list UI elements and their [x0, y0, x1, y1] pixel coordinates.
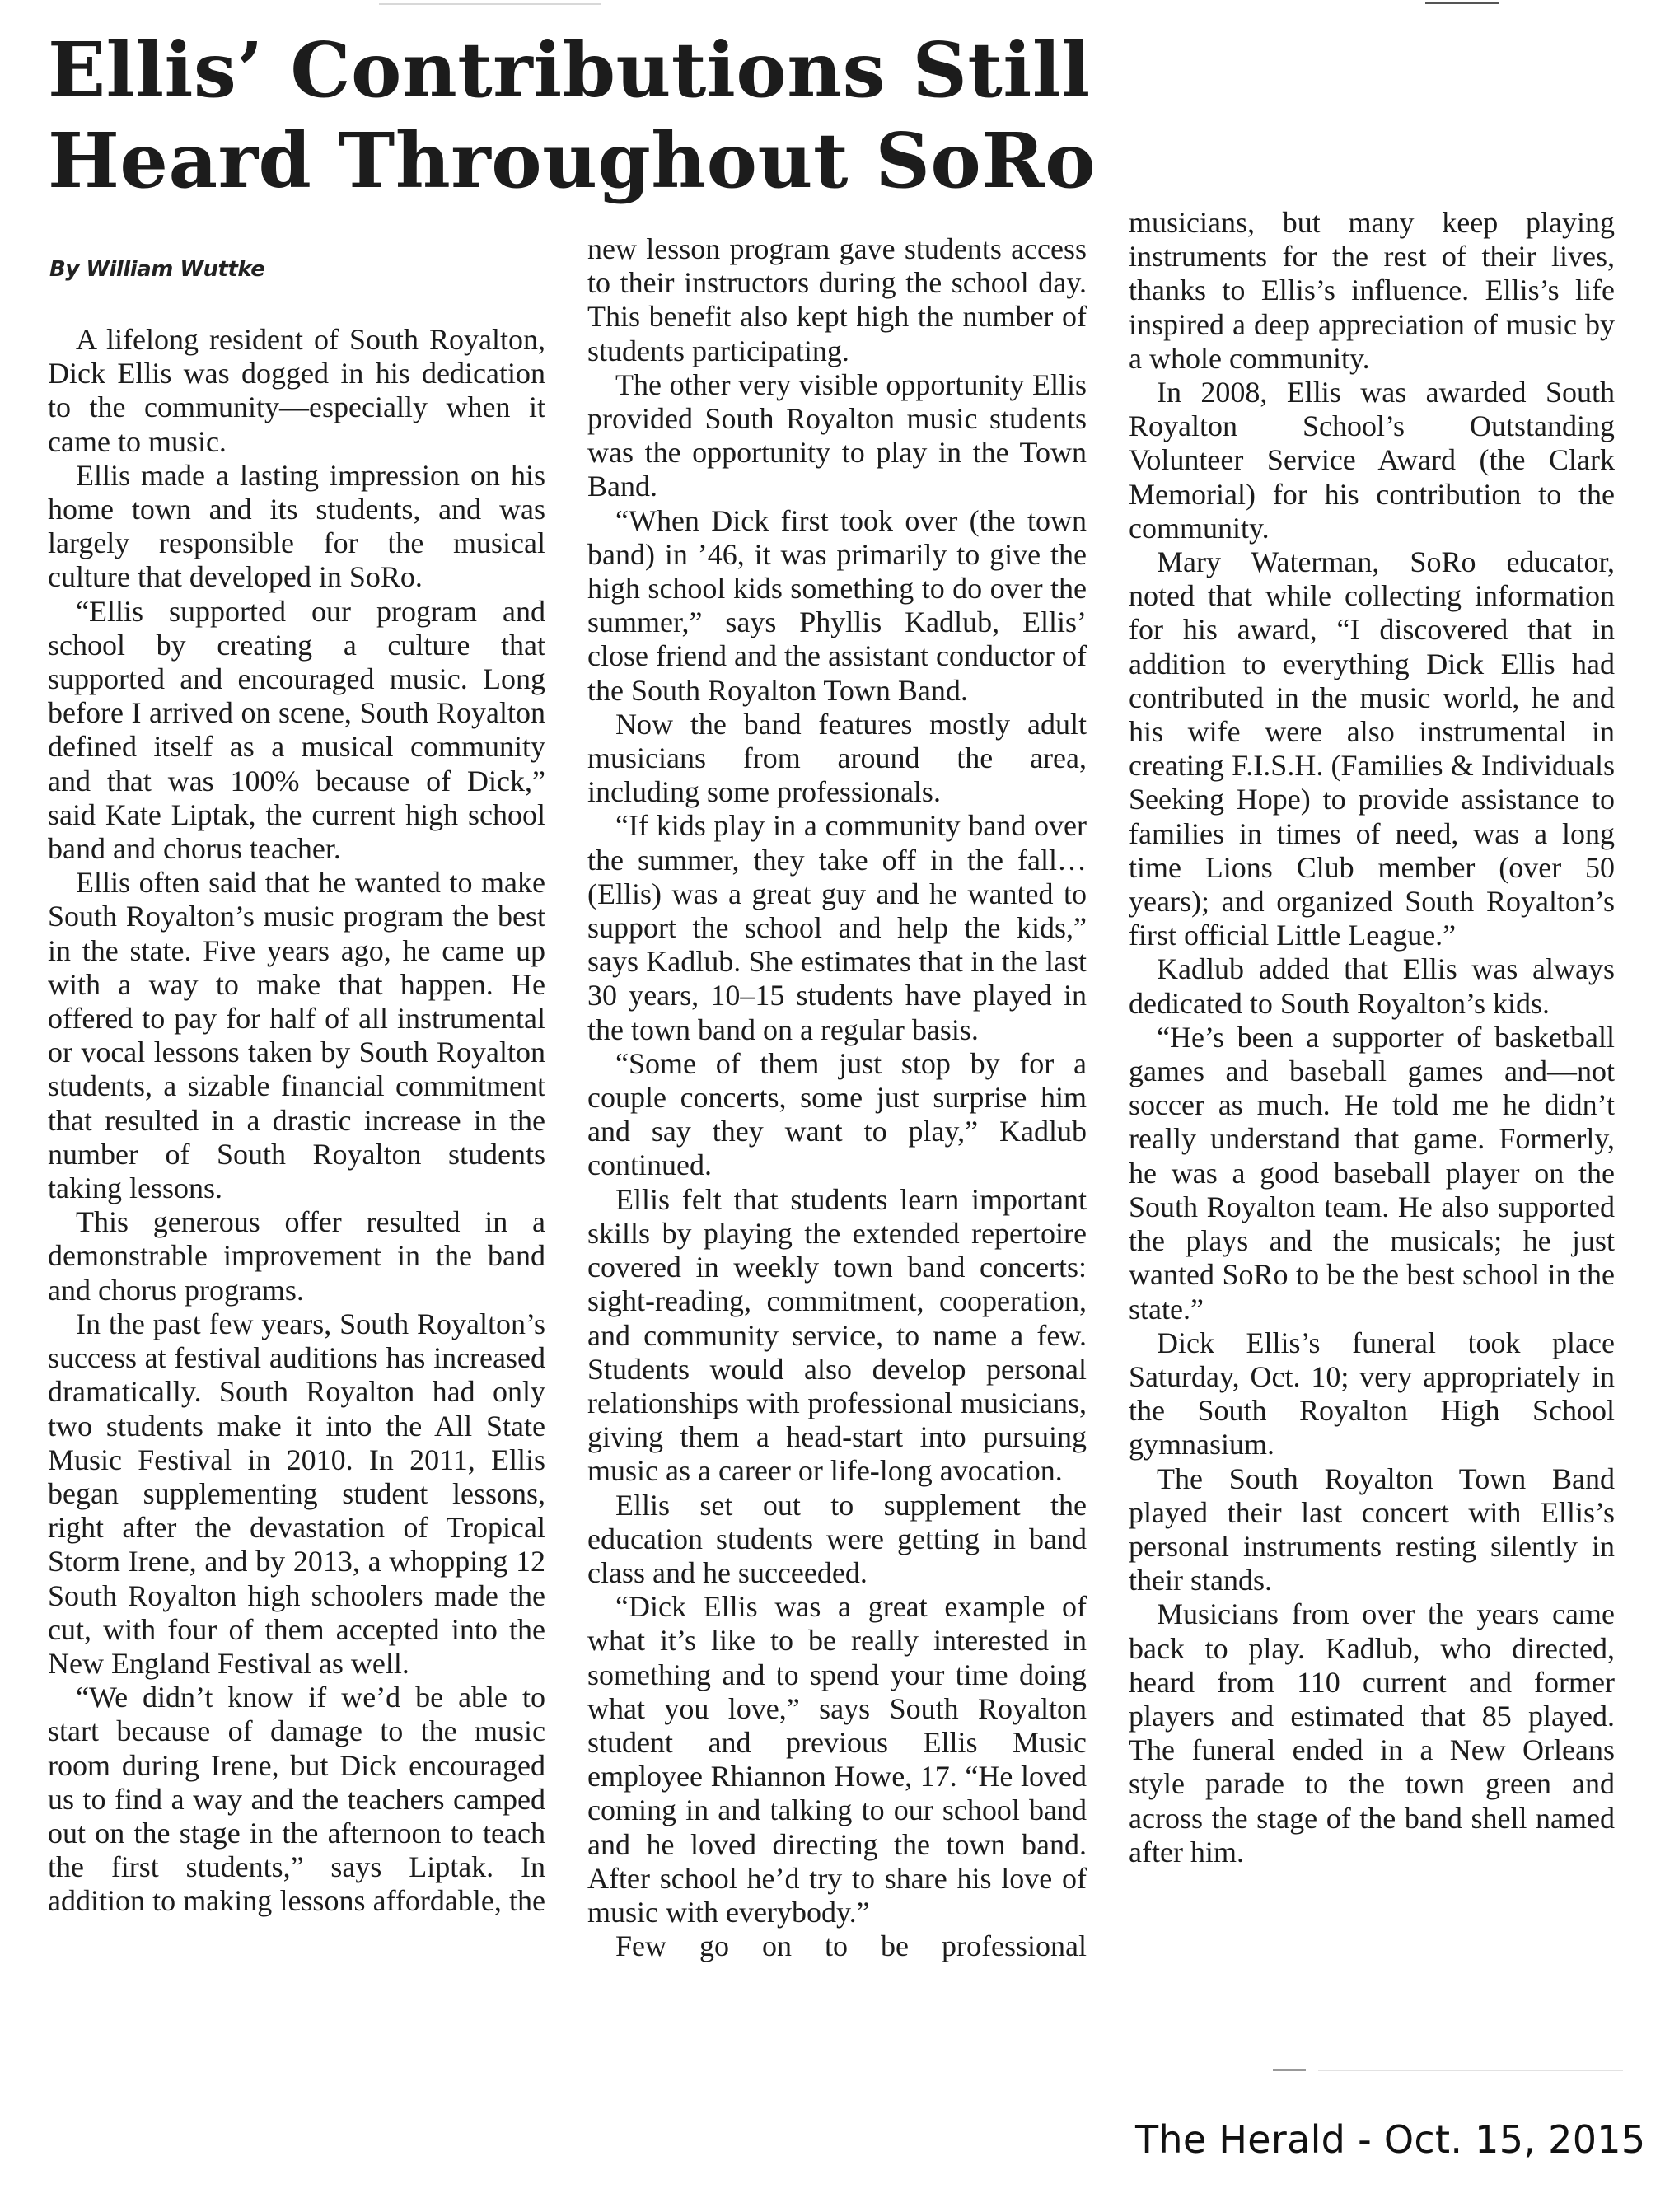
paragraph: “We didn’t know if we’d be able to start…	[48, 1681, 545, 1918]
paragraph: Kadlub added that Ellis was always dedic…	[1129, 952, 1615, 1020]
publication-credit: The Herald - Oct. 15, 2015	[1135, 2117, 1645, 2162]
article-column-1: A lifelong resident of South Royalton, D…	[48, 323, 545, 1919]
paragraph: A lifelong resident of South Royalton, D…	[48, 323, 545, 459]
end-of-article-rule-faint	[1318, 2070, 1623, 2071]
article-column-3: musicians, but many keep playing instrum…	[1129, 206, 1615, 1869]
paragraph: Few go on to be professional	[587, 1929, 1087, 1963]
paragraph: Ellis set out to supplement the educatio…	[587, 1489, 1087, 1591]
paragraph: Now the band features mostly adult music…	[587, 708, 1087, 810]
headline-line-1: Ellis’ Contributions Still	[48, 25, 1119, 115]
headline: Ellis’ Contributions Still Heard Through…	[48, 25, 1119, 206]
paragraph: In the past few years, South Royalton’s …	[48, 1307, 545, 1681]
paragraph: Ellis made a lasting impression on his h…	[48, 459, 545, 595]
paragraph: Mary Waterman, SoRo educator, noted that…	[1129, 545, 1615, 952]
paragraph: “Dick Ellis was a great example of what …	[587, 1590, 1087, 1929]
paragraph: Ellis felt that students learn important…	[587, 1183, 1087, 1489]
paragraph: Musicians from over the years came back …	[1129, 1597, 1615, 1869]
top-rule	[379, 3, 601, 5]
paragraph: The South Royalton Town Band played thei…	[1129, 1462, 1615, 1598]
paragraph: “If kids play in a community band over t…	[587, 809, 1087, 1046]
paragraph: The other very visible opportunity Ellis…	[587, 368, 1087, 504]
end-of-article-rule	[1273, 2069, 1306, 2071]
paragraph-continued: new lesson program gave students access …	[587, 232, 1087, 368]
headline-line-2: Heard Throughout SoRo	[48, 115, 1119, 206]
paragraph: This generous offer resulted in a demons…	[48, 1205, 545, 1307]
top-rule-right	[1425, 2, 1499, 4]
paragraph: “Some of them just stop by for a couple …	[587, 1047, 1087, 1183]
paragraph: “When Dick first took over (the town ban…	[587, 504, 1087, 708]
article-column-2: new lesson program gave students access …	[587, 232, 1087, 1963]
paragraph: Dick Ellis’s funeral took place Saturday…	[1129, 1326, 1615, 1462]
byline: By William Wuttke	[49, 257, 264, 282]
paragraph: Ellis often said that he wanted to make …	[48, 866, 545, 1205]
paragraph: “He’s been a supporter of basketball gam…	[1129, 1021, 1615, 1326]
paragraph-continued: musicians, but many keep playing instrum…	[1129, 206, 1615, 376]
paragraph: “Ellis supported our program and school …	[48, 595, 545, 867]
paragraph: In 2008, Ellis was awarded South Royalto…	[1129, 376, 1615, 545]
